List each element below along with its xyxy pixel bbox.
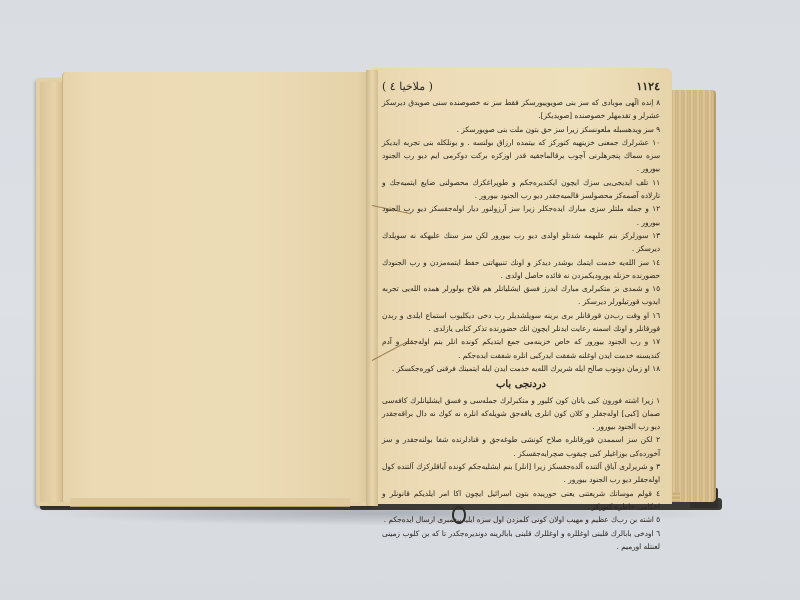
verse: ١٧ و رب الجنود بیورور كه خاص خزینه‌می جم…: [382, 335, 660, 362]
verse: ٩ سز ویدهسبله ملعونسكز زیرا سز حق بتون م…: [382, 123, 660, 136]
page-header: ١١٢٤ ( ملاخيا ٤ ): [382, 78, 660, 94]
chapter-heading: دردنجی باب: [382, 378, 660, 391]
verse: ١٨ او زمان دونوب صالح ایله شریرك الله‌یه…: [382, 362, 660, 375]
verse: ١ زیرا اشته فورون كبی یانان كون كلیور و …: [382, 394, 660, 434]
verse: ٦ اودخی بابالرك قلبنی اوغللره و اوغللرك …: [382, 527, 660, 554]
verse: ١٣ سوزلركز بنم علیهمه شدتلو اولدی دیو رب…: [382, 229, 660, 256]
verse: ٥ اشته بن رب‌ك عظیم و مهیب اولان كونی كل…: [382, 513, 660, 526]
page-number: ١١٢٤: [636, 80, 660, 93]
left-bottom-leaves: [70, 498, 350, 507]
verse: ١٥ و شمدی بز متكبرلری مبارك ایدرز فسق ای…: [382, 282, 660, 309]
book-gutter: [366, 70, 378, 506]
verse: ٤ قولم موسانك شریعتنی یعنی حوریبده بتون …: [382, 487, 660, 514]
photo-scene: ١١٢٤ ( ملاخيا ٤ ) ٨ اِنده الٓهی موبادی ك…: [0, 0, 800, 600]
verse: ١٢ و جمله ملتلر سزی مبارك ایده‌جكلر زیرا…: [382, 202, 660, 229]
verse: ٣ و شریرلری آیاق آلتنده آلده‌جقسكز زیرا …: [382, 460, 660, 487]
verse: ٨ اِنده الٓهی موبادی كه سز بنی صویوییورس…: [382, 96, 660, 123]
verse: ١١ تلف ایدیجی‌یی سزك ایچون ایكندیره‌جكم …: [382, 176, 660, 203]
binding-thread: [452, 506, 466, 524]
verse: ٢ لكن سز اسممدن قورقانلره صلاح كونشی طوغ…: [382, 433, 660, 460]
verse: ١٦ او وقت رب‌دن قورقانلر بری برینه سویلش…: [382, 309, 660, 336]
verse: ١٤ سز الله‌یه خدمت ایتمك بوشدر دیدكز و ا…: [382, 256, 660, 283]
verse: ١٠ عشرلرك جمعنی خزینهیه كتوركز كه بیتمده…: [382, 136, 660, 176]
left-page-blank: [62, 72, 373, 502]
running-head: ( ملاخيا ٤ ): [382, 80, 433, 93]
right-page-text: ٨ اِنده الٓهی موبادی كه سز بنی صویوییورس…: [382, 96, 660, 553]
